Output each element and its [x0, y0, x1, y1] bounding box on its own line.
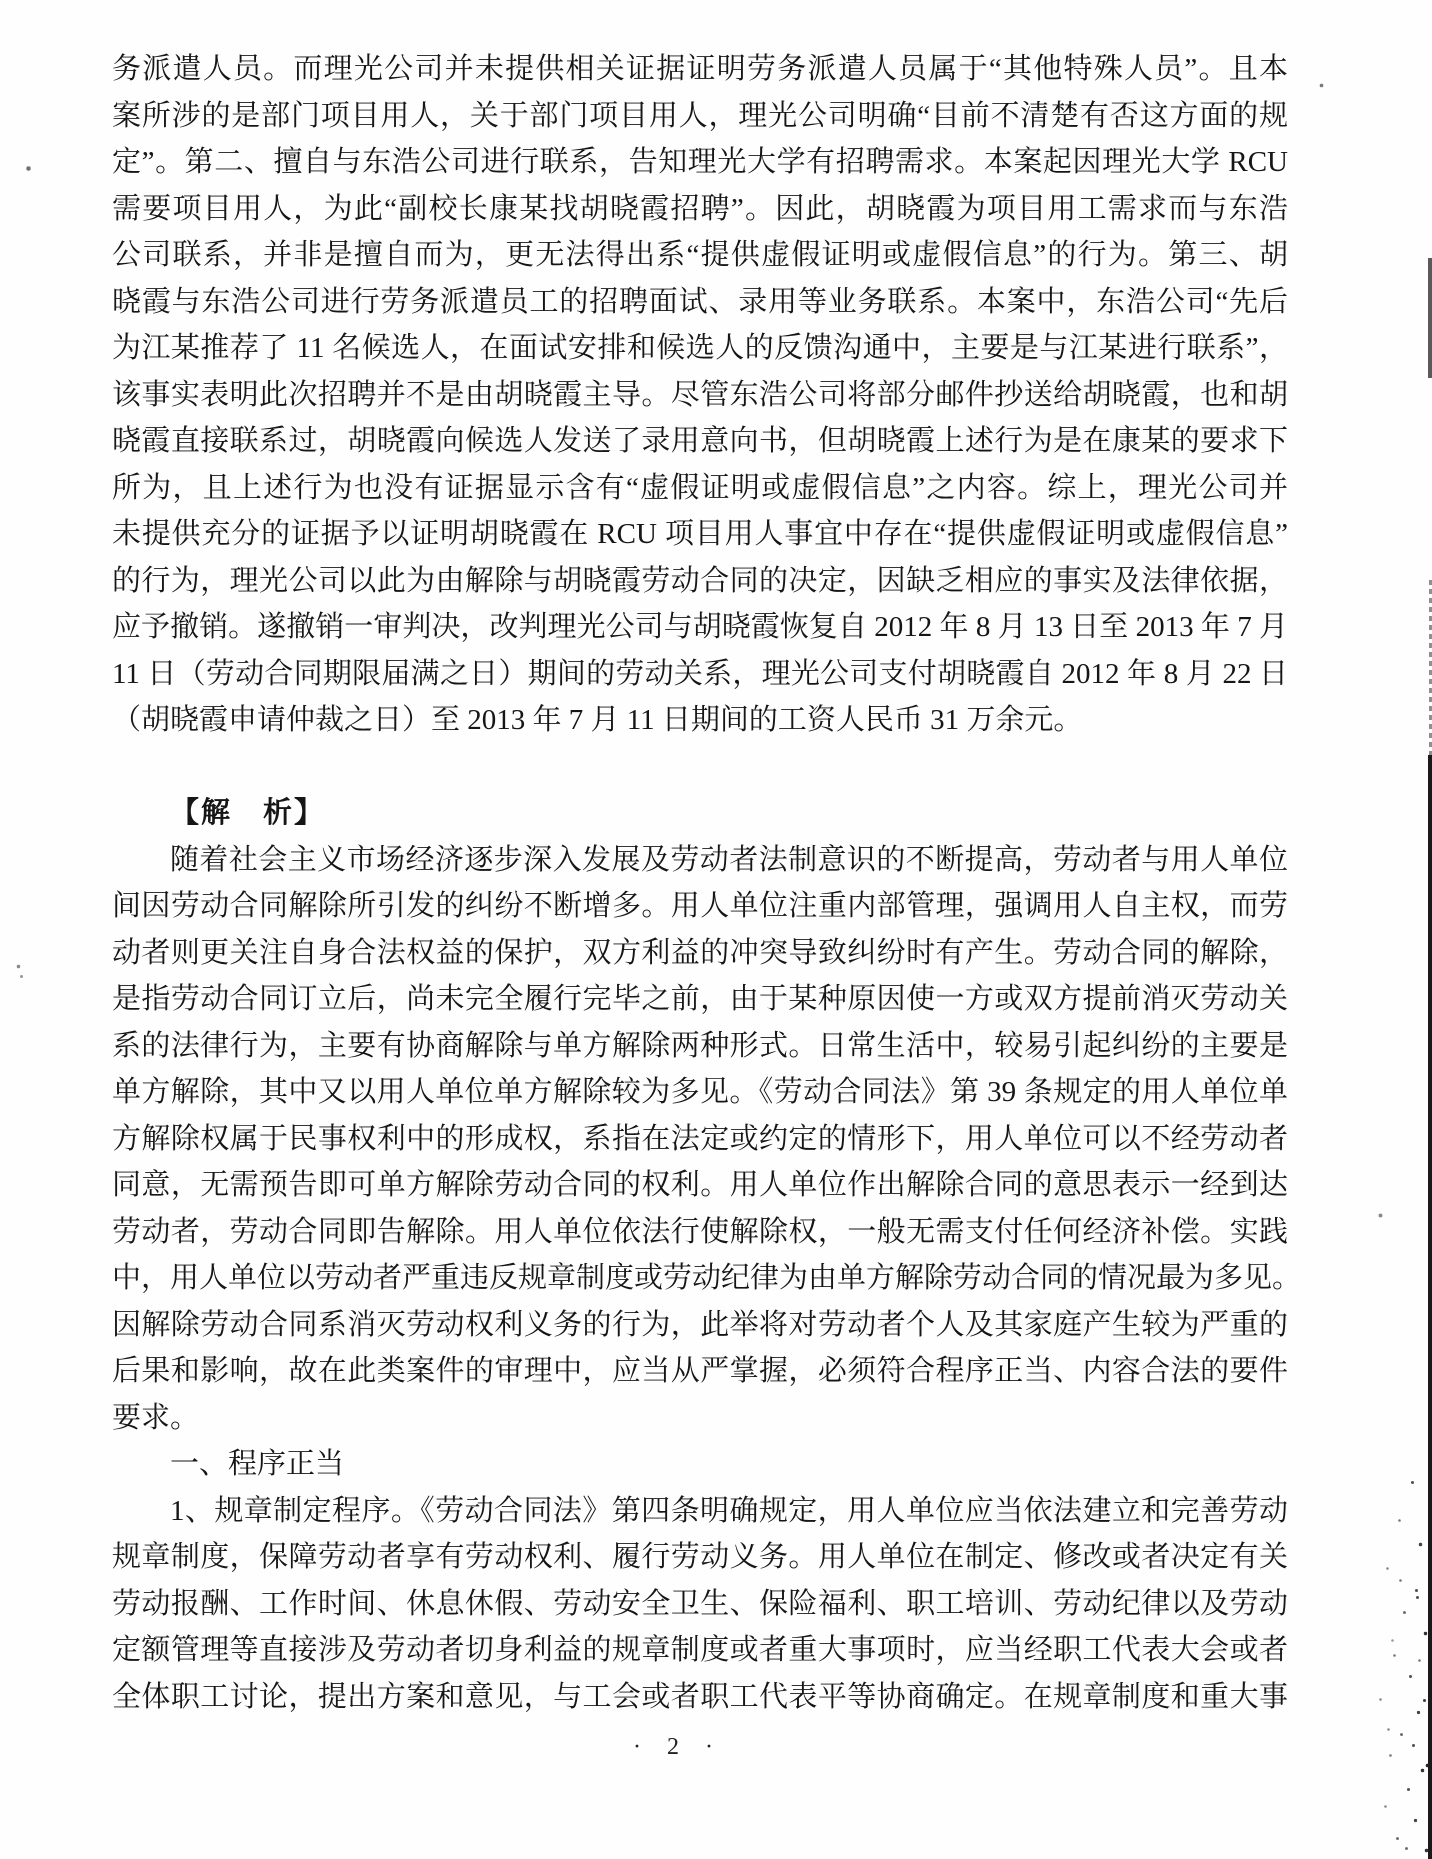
- text-line: 是指劳动合同订立后，尚未完全履行完毕之前，由于某种原因使一方或双方提前消灭劳动关: [112, 976, 1288, 1023]
- text-line: 间因劳动合同解除所引发的纠纷不断增多。用人单位注重内部管理，强调用人自主权，而劳: [112, 883, 1288, 930]
- text-line: 因解除劳动合同系消灭劳动权利义务的行为，此举将对劳动者个人及其家庭产生较为严重的: [112, 1302, 1288, 1349]
- text-line: 应予撤销。遂撤销一审判决，改判理光公司与胡晓霞恢复自 2012 年 8 月 13…: [112, 604, 1288, 651]
- text-line: 系的法律行为，主要有协商解除与单方解除两种形式。日常生活中，较易引起纠纷的主要是: [112, 1023, 1288, 1070]
- page-number: · 2 ·: [90, 1734, 1266, 1761]
- text-line: 要求。: [112, 1395, 1288, 1442]
- text-line: 方解除权属于民事权利中的形成权，系指在法定或约定的情形下，用人单位可以不经劳动者: [112, 1116, 1288, 1163]
- text-line: 单方解除，其中又以用人单位单方解除较为多见。《劳动合同法》第 39 条规定的用人…: [112, 1069, 1288, 1116]
- text-line: 公司联系，并非是擅自而为，更无法得出系“提供虚假证明或虚假信息”的行为。第三、胡: [112, 232, 1288, 279]
- scan-noise-artifact: [0, 0, 1, 1]
- text-line: 晓霞与东浩公司进行劳务派遣员工的招聘面试、录用等业务联系。本案中，东浩公司“先后: [112, 279, 1288, 326]
- text-line: 未提供充分的证据予以证明胡晓霞在 RCU 项目用人事宜中存在“提供虚假证明或虚假…: [112, 511, 1288, 558]
- text-line: 案所涉的是部门项目用人，关于部门项目用人，理光公司明确“目前不清楚有否这方面的规: [112, 93, 1288, 140]
- text-line: 1、规章制定程序。《劳动合同法》第四条明确规定，用人单位应当依法建立和完善劳动: [112, 1488, 1288, 1535]
- scanned-document-page: 务派遣人员。而理光公司并未提供相关证据证明劳务派遣人员属于“其他特殊人员”。且本…: [0, 0, 1432, 1859]
- text-line: 劳动者，劳动合同即告解除。用人单位依法行使解除权，一般无需支付任何经济补偿。实践: [112, 1209, 1288, 1256]
- text-line: 所为，且上述行为也没有证据显示含有“虚假证明或虚假信息”之内容。综上，理光公司并: [112, 465, 1288, 512]
- text-line: 的行为，理光公司以此为由解除与胡晓霞劳动合同的决定，因缺乏相应的事实及法律依据，: [112, 558, 1288, 605]
- text-line: 后果和影响，故在此类案件的审理中，应当从严掌握，必须符合程序正当、内容合法的要件: [112, 1348, 1288, 1395]
- text-line: 随着社会主义市场经济逐步深入发展及劳动者法制意识的不断提高，劳动者与用人单位: [112, 837, 1288, 884]
- text-line: 该事实表明此次招聘并不是由胡晓霞主导。尽管东浩公司将部分邮件抄送给胡晓霞，也和胡: [112, 372, 1288, 419]
- text-line: 同意，无需预告即可单方解除劳动合同的权利。用人单位作出解除合同的意思表示一经到达: [112, 1162, 1288, 1209]
- text-line: 11 日（劳动合同期限届满之日）期间的劳动关系，理光公司支付胡晓霞自 2012 …: [112, 651, 1288, 698]
- text-line: 定”。第二、擅自与东浩公司进行联系，告知理光大学有招聘需求。本案起因理光大学 R…: [112, 139, 1288, 186]
- subsection-heading: 一、程序正当: [112, 1441, 1288, 1488]
- text-line: 定额管理等直接涉及劳动者切身利益的规章制度或者重大事项时，应当经职工代表大会或者: [112, 1627, 1288, 1674]
- text-line: 需要项目用人，为此“副校长康某找胡晓霞招聘”。因此，胡晓霞为项目用工需求而与东浩: [112, 186, 1288, 233]
- scan-edge-artifact: [1428, 258, 1432, 378]
- text-line: （胡晓霞申请仲裁之日）至 2013 年 7 月 11 日期间的工资人民币 31 …: [112, 697, 1288, 744]
- text-line: 劳动报酬、工作时间、休息休假、劳动安全卫生、保险福利、职工培训、劳动纪律以及劳动: [112, 1581, 1288, 1628]
- text-line: 中，用人单位以劳动者严重违反规章制度或劳动纪律为由单方解除劳动合同的情况最为多见…: [112, 1255, 1288, 1302]
- text-line: 为江某推荐了 11 名候选人，在面试安排和候选人的反馈沟通中，主要是与江某进行联…: [112, 325, 1288, 372]
- text-line: 规章制度，保障劳动者享有劳动权利、履行劳动义务。用人单位在制定、修改或者决定有关: [112, 1534, 1288, 1581]
- text-line: 晓霞直接联系过，胡晓霞向候选人发送了录用意向书，但胡晓霞上述行为是在康某的要求下: [112, 418, 1288, 465]
- document-text-block: 务派遣人员。而理光公司并未提供相关证据证明劳务派遣人员属于“其他特殊人员”。且本…: [112, 46, 1288, 1720]
- text-line: 动者则更关注自身合法权益的保护，双方利益的冲突导致纠纷时有产生。劳动合同的解除，: [112, 930, 1288, 977]
- text-line: 务派遣人员。而理光公司并未提供相关证据证明劳务派遣人员属于“其他特殊人员”。且本: [112, 46, 1288, 93]
- scan-edge-artifact: [1428, 755, 1432, 1859]
- section-heading: 【解 析】: [112, 790, 1288, 837]
- text-line: 全体职工讨论，提出方案和意见，与工会或者职工代表平等协商确定。在规章制度和重大事: [112, 1674, 1288, 1721]
- line-spacer: [112, 744, 1288, 791]
